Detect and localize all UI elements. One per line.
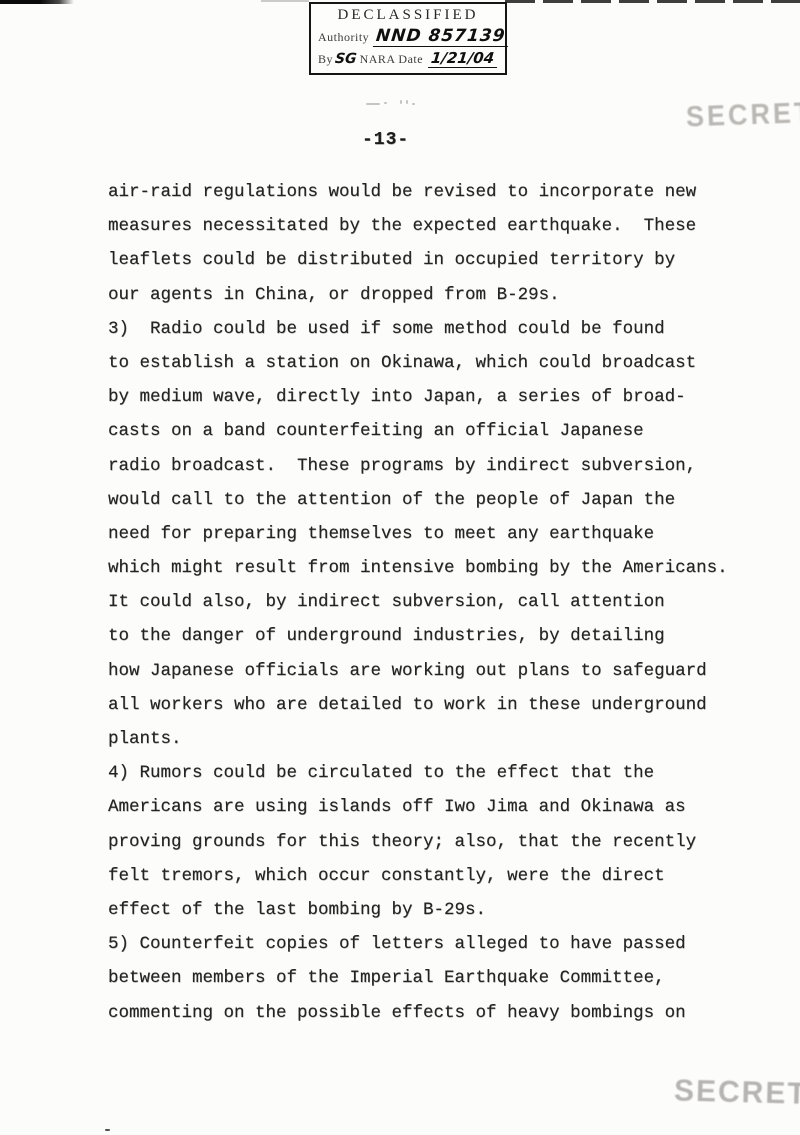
by-initials: SG: [334, 51, 357, 67]
text-line: felt tremors, which occur constantly, we…: [108, 859, 768, 893]
text-line: radio broadcast. These programs by indir…: [108, 449, 768, 483]
secret-stamp-bottom: SECRET: [674, 1074, 800, 1112]
text-line: would call to the attention of the peopl…: [108, 483, 768, 517]
text-line: proving grounds for this theory; also, t…: [108, 825, 768, 859]
text-line: It could also, by indirect subversion, c…: [108, 585, 768, 619]
text-line: which might result from intensive bombin…: [108, 551, 768, 585]
text-line: measures necessitated by the expected ea…: [108, 209, 768, 243]
text-line: casts on a band counterfeiting an offici…: [108, 414, 768, 448]
document-body: air-raid regulations would be revised to…: [108, 175, 768, 1030]
nara-date-label: NARA Date: [360, 52, 424, 67]
text-line: between members of the Imperial Earthqua…: [108, 961, 768, 995]
text-line: leaflets could be distributed in occupie…: [108, 243, 768, 277]
nara-date-value: 1/21/04: [428, 49, 499, 68]
authority-label: Authority: [318, 30, 369, 45]
faint-smudge: [366, 99, 418, 109]
text-line: to establish a station on Okinawa, which…: [108, 346, 768, 380]
text-line: effect of the last bombing by B-29s.: [108, 893, 768, 927]
text-line: to the danger of underground industries,…: [108, 619, 768, 653]
text-line: air-raid regulations would be revised to…: [108, 175, 768, 209]
scan-edge-artifact-left: [0, 0, 74, 4]
page-number: -13-: [362, 130, 409, 150]
secret-stamp-top: SECRET: [685, 97, 800, 134]
text-line: all workers who are detailed to work in …: [108, 688, 768, 722]
text-line: Americans are using islands off Iwo Jima…: [108, 790, 768, 824]
declassified-stamp: DECLASSIFIED Authority NND 857139 By SG …: [309, 2, 507, 75]
text-line: commenting on the possible effects of he…: [108, 996, 768, 1030]
text-line: 3) Radio could be used if some method co…: [108, 312, 768, 346]
declassified-title: DECLASSIFIED: [311, 7, 505, 24]
text-line: 5) Counterfeit copies of letters alleged…: [108, 927, 768, 961]
text-line: 4) Rumors could be circulated to the eff…: [108, 756, 768, 790]
authority-value: NND 857139: [373, 26, 511, 47]
text-line: by medium wave, directly into Japan, a s…: [108, 380, 768, 414]
scan-edge-artifact-right: [505, 0, 800, 3]
text-line: our agents in China, or dropped from B-2…: [108, 278, 768, 312]
text-line: how Japanese officials are working out p…: [108, 654, 768, 688]
text-line: need for preparing themselves to meet an…: [108, 517, 768, 551]
scanned-page: DECLASSIFIED Authority NND 857139 By SG …: [0, 0, 800, 1135]
by-label: By: [318, 52, 333, 67]
scan-edge-artifact-middle: [261, 0, 309, 2]
ink-speck: [105, 1129, 110, 1131]
text-line: plants.: [108, 722, 768, 756]
